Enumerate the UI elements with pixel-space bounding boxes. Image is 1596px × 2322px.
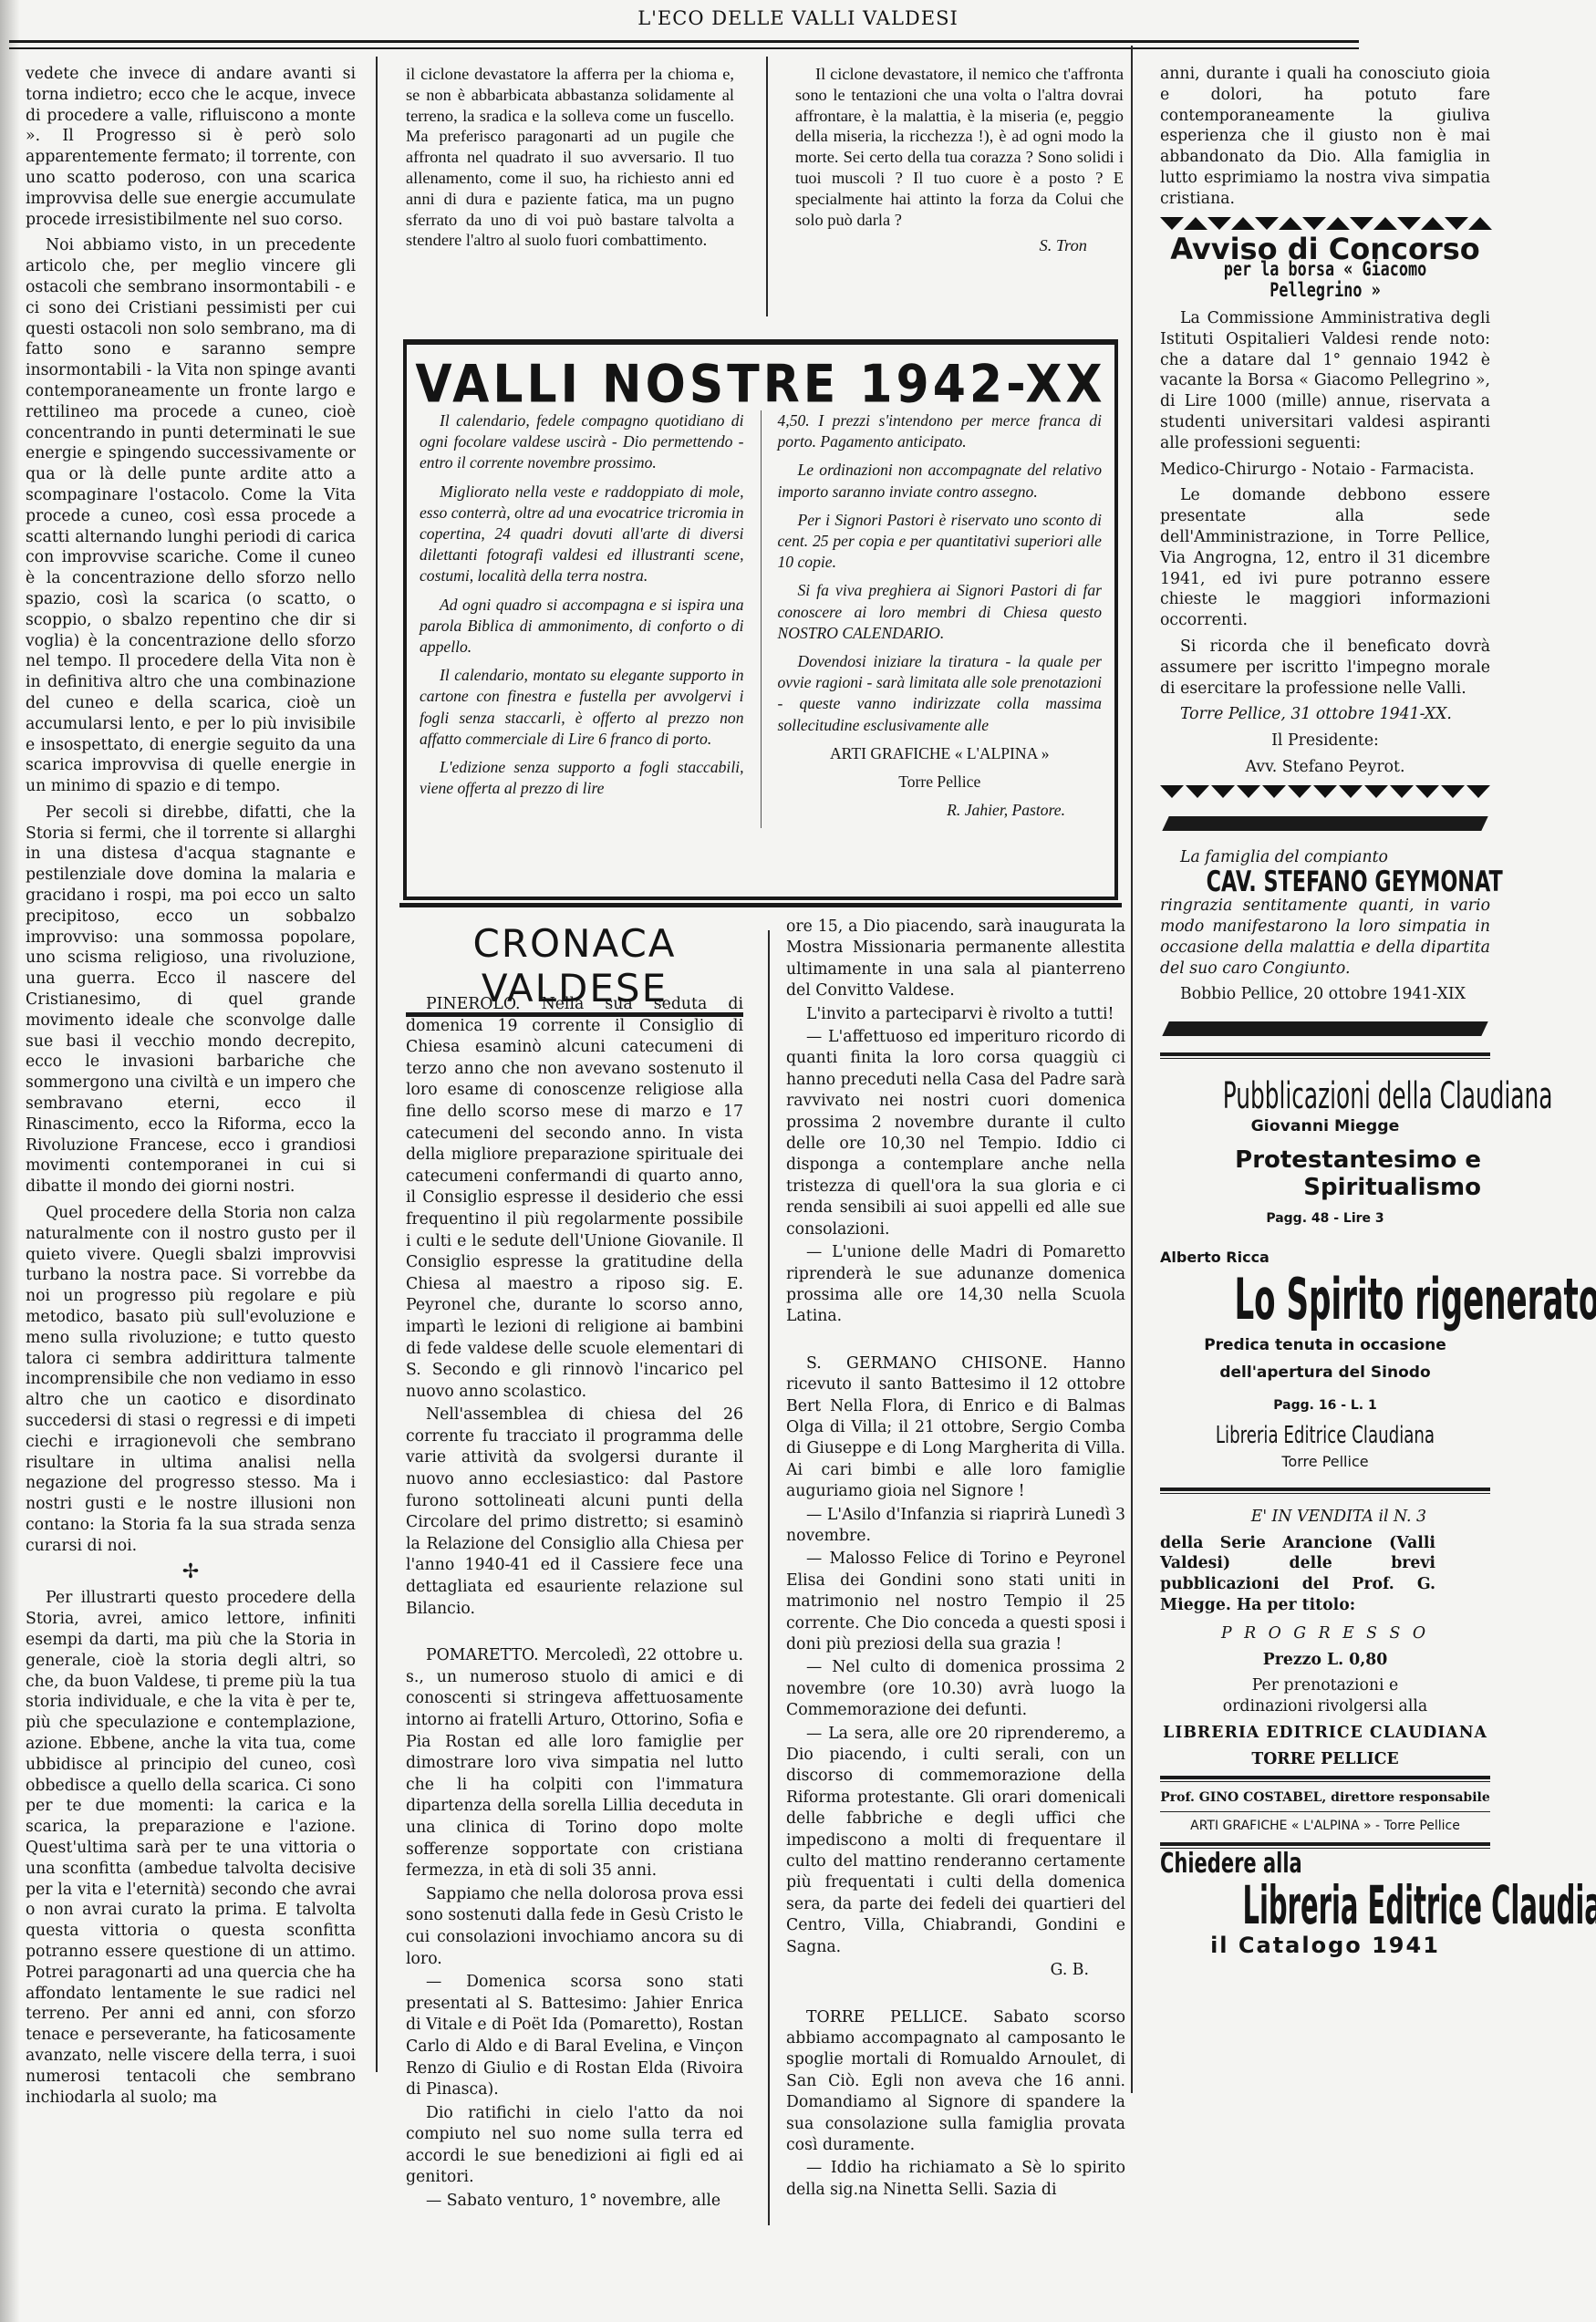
ad-paragraph: Il calendario, fedele compagno quotidian… — [420, 410, 744, 474]
article-paragraph: Il ciclone devastatore, il nemico che t'… — [795, 64, 1124, 230]
notice-dateline: Bobbio Pellice, 20 ottobre 1941-XIX — [1160, 984, 1490, 1005]
article-paragraph: Noi abbiamo visto, in un precedente arti… — [26, 235, 356, 797]
rule — [1160, 1811, 1490, 1812]
article-column-3-top: Il ciclone devastatore, il nemico che t'… — [795, 64, 1124, 256]
article-paragraph: vedete che invece di andare avanti si to… — [26, 64, 356, 230]
calendar-ad-divider — [761, 410, 762, 828]
ad-paragraph: Per i Signori Pastori è riservato uno sc… — [778, 510, 1103, 574]
concorso-paragraph: Le domande debbono essere presentate all… — [1160, 485, 1490, 631]
book-info: Pagg. 16 - L. 1 — [1160, 1395, 1490, 1416]
ad-paragraph: Le ordinazioni non accompagnate del rela… — [778, 460, 1103, 502]
news-item: L'invito a parteciparvi è rivolto a tutt… — [786, 1004, 1125, 1025]
cross-separator-icon: ✢ — [26, 1562, 356, 1583]
publisher-name: Libreria Editrice Claudiana — [1209, 1425, 1440, 1446]
column-4: anni, durante i quali ha conosciuto gioi… — [1160, 64, 1490, 1956]
column-rule-1 — [376, 57, 378, 2072]
vendita-place: TORRE PELLICE — [1160, 1749, 1490, 1770]
vendita-ad: E' IN VENDITA il N. 3 della Serie Aranci… — [1160, 1507, 1490, 1770]
concorso-dateline: Torre Pellice, 31 ottobre 1941-XX. — [1160, 704, 1490, 725]
article-column-2-top: il ciclone devastatore la afferra per la… — [406, 64, 734, 251]
article-column-1: vedete che invece di andare avanti si to… — [26, 64, 356, 2108]
notice-text: ringrazia sentitamente quanti, in vario … — [1160, 896, 1490, 979]
book-info: Pagg. 48 - Lire 3 — [1160, 1208, 1490, 1229]
double-rule — [1160, 1052, 1490, 1059]
masthead-rule-thin — [9, 47, 1359, 49]
imprint-director: Prof. GINO COSTABEL, direttore responsab… — [1160, 1788, 1490, 1809]
calendar-ad-box: VALLI NOSTRE 1942-XX Il calendario, fede… — [403, 339, 1118, 900]
book-title: Protestantesimo e Spiritualismo — [1160, 1146, 1490, 1201]
cronaca-column-2: PINEROLO. Nella sua seduta di domenica 1… — [406, 994, 743, 2213]
ad-paragraph: 4,50. I prezzi s'intendono per merce fra… — [778, 410, 1103, 452]
ad-paragraph: Il calendario, montato su elegante suppo… — [420, 665, 744, 750]
vendita-title: P R O G R E S S O — [1160, 1623, 1490, 1644]
concorso-signer: Avv. Stefano Peyrot. — [1160, 757, 1490, 778]
news-item: Nell'assemblea di chiesa del 26 corrente… — [406, 1405, 743, 1620]
ad-paragraph: Ad ogni quadro si accompagna e si ispira… — [420, 595, 744, 658]
news-item: — Domenica scorsa sono stati presentati … — [406, 1972, 743, 2101]
calendar-ad-left: Il calendario, fedele compagno quotidian… — [420, 410, 744, 828]
triangle-border-icon — [1160, 785, 1490, 800]
ad-paragraph: Si fa viva preghiera ai Signori Pastori … — [778, 580, 1103, 644]
notice-name: CAV. STEFANO GEYMONAT — [1207, 872, 1445, 893]
news-item: S. GERMANO CHISONE. Hanno ricevuto il sa… — [786, 1353, 1125, 1503]
newspaper-page: L'ECO DELLE VALLI VALDESI vedete che inv… — [0, 0, 1596, 2322]
article-paragraph: Per illustrarti questo procedere della S… — [26, 1588, 356, 2108]
ad-paragraph: Migliorato nella veste e raddoppiato di … — [420, 482, 744, 587]
news-item: TORRE PELLICE. Sabato scorso abbiamo acc… — [786, 2007, 1125, 2157]
concorso-role: Il Presidente: — [1160, 731, 1490, 752]
concorso-title: Avviso di Concorso — [1160, 239, 1490, 260]
concorso-notice: Avviso di Concorso per la borsa « Giacom… — [1160, 239, 1490, 778]
catalog-line: il Catalogo 1941 — [1160, 1935, 1490, 1956]
concorso-professions: Medico-Chirurgo - Notaio - Farmacista. — [1160, 460, 1490, 481]
claudiana-ad: Pubblicazioni della Claudiana Giovanni M… — [1160, 1086, 1490, 1473]
news-item: — Nel culto di domenica prossima 2 novem… — [786, 1657, 1125, 1721]
book-description: Predica tenuta in occasione dell'apertur… — [1160, 1332, 1490, 1386]
column-rule-cronaca — [768, 930, 770, 2225]
news-item: Dio ratifichi in cielo l'atto da noi com… — [406, 2103, 743, 2189]
ad-paragraph: L'edizione senza supporto a fogli stacca… — [420, 757, 744, 799]
ad-place: Torre Pellice — [778, 772, 1103, 793]
calendar-box-rule — [399, 903, 1122, 907]
book-author: Giovanni Miegge — [1160, 1116, 1490, 1137]
slanted-bar — [1162, 816, 1487, 831]
imprint-printer: ARTI GRAFICHE « L'ALPINA » - Torre Pelli… — [1160, 1816, 1490, 1837]
catalog-line: Chiedere alla — [1160, 1854, 1391, 1875]
masthead-rule — [9, 40, 1359, 43]
article-signature: S. Tron — [795, 235, 1124, 256]
column-rule-3 — [1131, 46, 1133, 2093]
obituary-continuation: anni, durante i quali ha conosciuto gioi… — [1160, 64, 1490, 210]
claudiana-heading: Pubblicazioni della Claudiana — [1223, 1086, 1427, 1107]
concorso-subtitle: per la borsa « Giacomo Pellegrino » — [1193, 259, 1457, 301]
news-item: — Sabato venturo, 1° novembre, alle — [406, 2191, 743, 2213]
news-item: Sappiamo che nella dolorosa prova essi s… — [406, 1884, 743, 1970]
article-paragraph: Quel procedere della Storia non calza na… — [26, 1203, 356, 1557]
publisher-place: Torre Pellice — [1160, 1452, 1490, 1473]
column-rule-2 — [766, 57, 768, 316]
vendita-price: Prezzo L. 0,80 — [1160, 1650, 1490, 1671]
double-rule — [1160, 1488, 1490, 1494]
ad-paragraph: Dovendosi iniziare la tiratura - la qual… — [778, 651, 1103, 736]
news-signature: G. B. — [786, 1960, 1125, 1981]
vendita-text: della Serie Arancione (Valli Valdesi) de… — [1160, 1533, 1490, 1616]
news-item: PINEROLO. Nella sua seduta di domenica 1… — [406, 994, 743, 1403]
cronaca-column-3: ore 15, a Dio piacendo, sarà inaugurata … — [786, 917, 1125, 2201]
news-item: — Iddio ha richiamato a Sè lo spirito de… — [786, 2158, 1125, 2201]
news-item: — L'unione delle Madri di Pomaretto ripr… — [786, 1242, 1125, 1328]
article-paragraph: Per secoli si direbbe, difatti, che la S… — [26, 803, 356, 1197]
triangle-border-icon — [1160, 217, 1490, 232]
calendar-ad-right: 4,50. I prezzi s'intendono per merce fra… — [778, 410, 1103, 828]
scan-gutter-shadow — [0, 0, 20, 2322]
catalog-publisher: Libreria Editrice Claudiana — [1243, 1875, 1408, 1935]
news-item: ore 15, a Dio piacendo, sarà inaugurata … — [786, 917, 1125, 1002]
book-author: Alberto Ricca — [1160, 1248, 1490, 1269]
vendita-headline: E' IN VENDITA il N. 3 — [1160, 1507, 1490, 1528]
masthead: L'ECO DELLE VALLI VALDESI — [0, 7, 1596, 29]
double-rule — [1160, 1776, 1490, 1782]
news-item: POMARETTO. Mercoledì, 22 ottobre u. s., … — [406, 1645, 743, 1882]
ad-signature: R. Jahier, Pastore. — [778, 800, 1103, 821]
geymonat-notice: La famiglia del compianto CAV. STEFANO G… — [1160, 847, 1490, 1006]
vendita-orders: Per prenotazioni e ordinazioni rivolgers… — [1160, 1675, 1490, 1717]
news-item: — L'Asilo d'Infanzia si riaprirà Lunedì … — [786, 1505, 1125, 1548]
concorso-paragraph: La Commissione Amministrativa degli Isti… — [1160, 308, 1490, 454]
book-title: Lo Spirito rigeneratore — [1234, 1268, 1415, 1332]
news-item: — Malosso Felice di Torino e Peyronel El… — [786, 1549, 1125, 1655]
concorso-paragraph: Si ricorda che il beneficato dovrà assum… — [1160, 637, 1490, 699]
article-paragraph: il ciclone devastatore la afferra per la… — [406, 64, 734, 251]
ad-publisher: ARTI GRAFICHE « L'ALPINA » — [778, 743, 1103, 764]
calendar-ad-title: VALLI NOSTRE 1942-XX — [407, 355, 1114, 415]
news-item: — La sera, alle ore 20 riprenderemo, a D… — [786, 1724, 1125, 1958]
vendita-publisher: LIBRERIA EDITRICE CLAUDIANA — [1160, 1723, 1490, 1744]
slanted-bar — [1162, 1021, 1487, 1036]
catalog-ad: Chiedere alla Libreria Editrice Claudian… — [1160, 1854, 1490, 1956]
news-item: — L'affettuoso ed imperituro ricordo di … — [786, 1027, 1125, 1240]
